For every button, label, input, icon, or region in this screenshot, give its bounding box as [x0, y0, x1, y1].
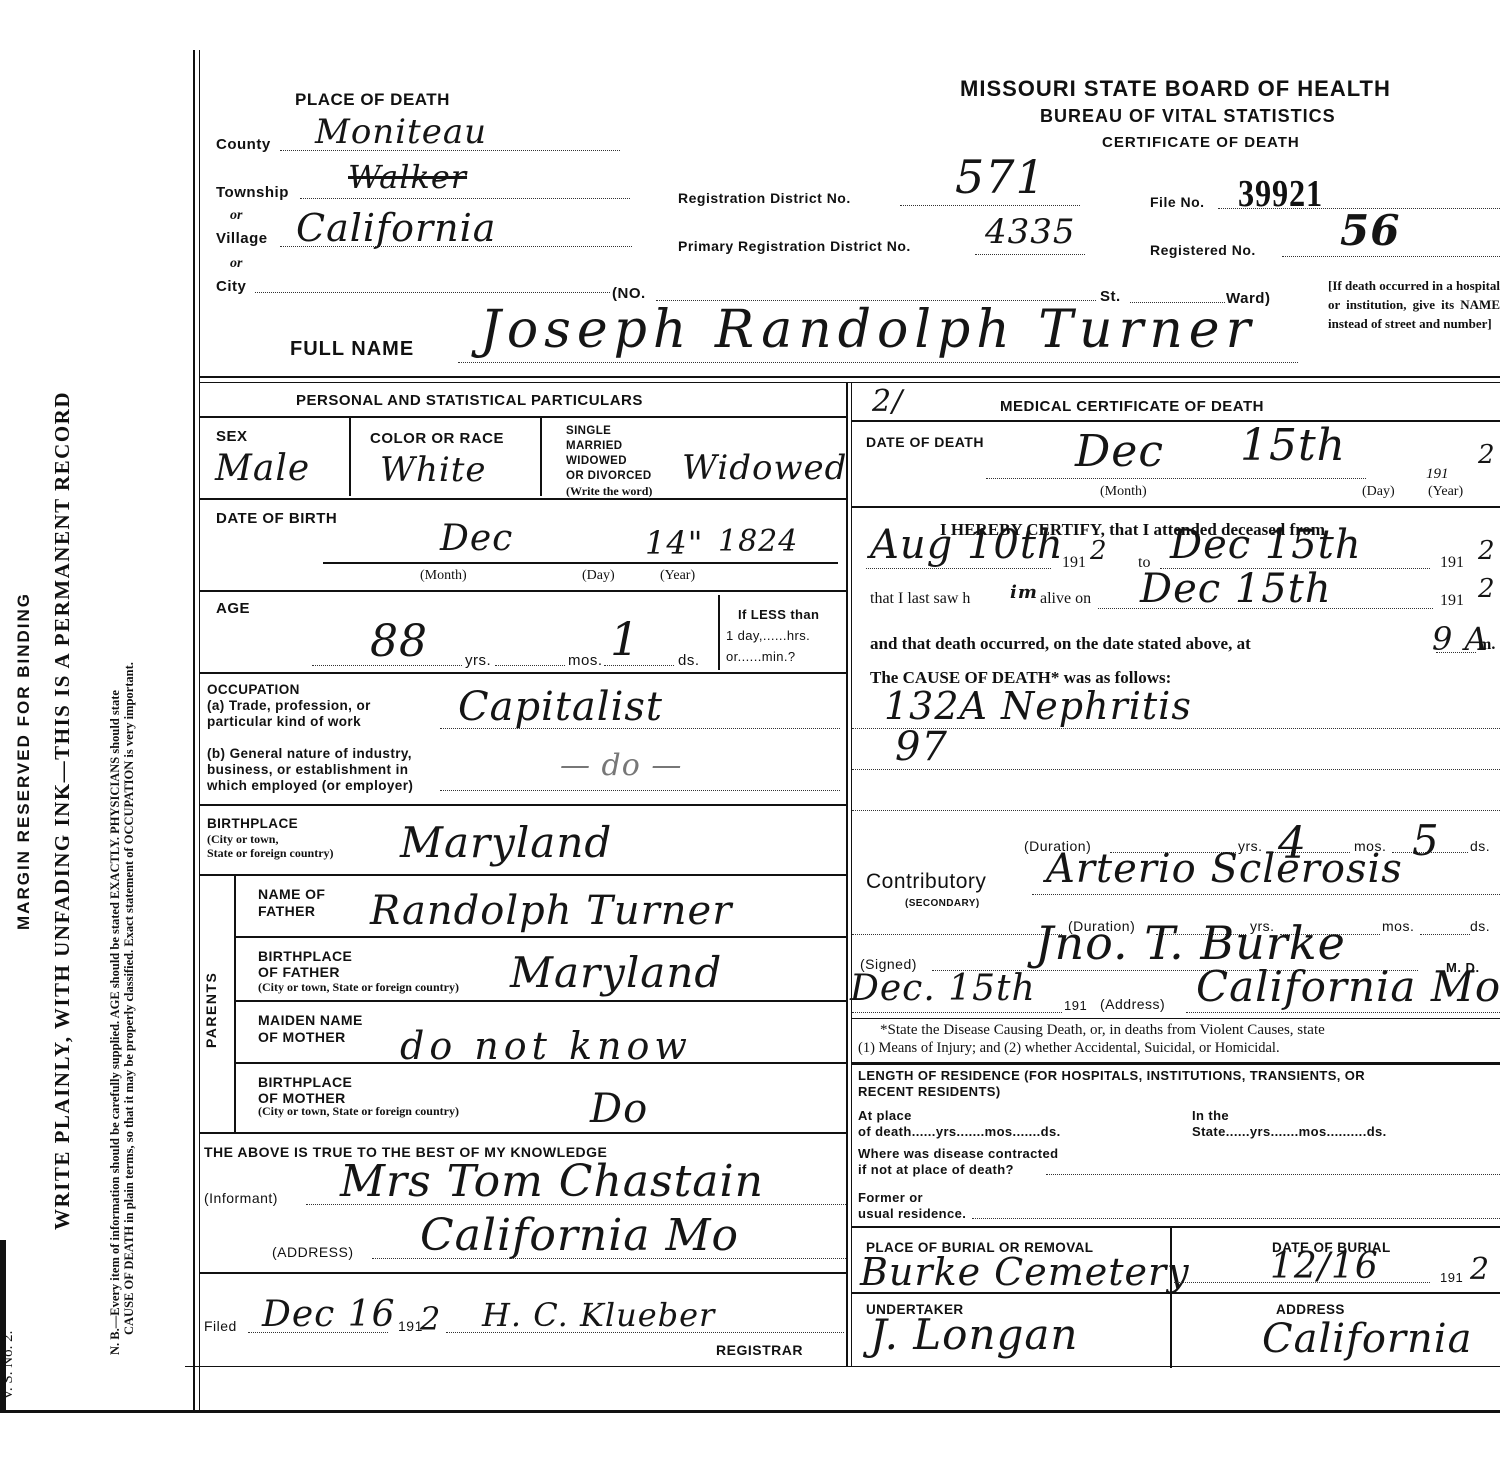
- file-no-value: 39921: [1238, 172, 1323, 216]
- row-divider-mother-bp: [234, 1062, 846, 1064]
- mother-bp-hint: (City or town, State or foreign country): [258, 1104, 459, 1119]
- sex-label: SEX: [216, 428, 248, 445]
- date-of-death-field[interactable]: [986, 478, 1366, 479]
- parents-side-label: PARENTS: [203, 972, 219, 1048]
- industry-field[interactable]: [440, 790, 840, 791]
- township-label: Township: [216, 184, 289, 201]
- attended-from-field[interactable]: [866, 568, 1051, 569]
- less-than-note: If LESS than 1 day,......hrs. or......mi…: [726, 604, 819, 667]
- mother-name-label: MAIDEN NAME OF MOTHER: [258, 1012, 363, 1046]
- undertaker-address-label: ADDRESS: [1276, 1302, 1345, 1317]
- duration2-days-field[interactable]: [1420, 934, 1470, 935]
- last-saw-year-prefix: 191: [1440, 592, 1464, 610]
- age-years-value: 88: [370, 616, 428, 667]
- filed-year-value: 2: [420, 1300, 441, 1338]
- full-name-label: FULL NAME: [290, 338, 414, 361]
- mother-bp-label: BIRTHPLACE OF MOTHER: [258, 1074, 352, 1106]
- binding-note: MARGIN RESERVED FOR BINDING: [14, 592, 34, 930]
- bureau-title: BUREAU OF VITAL STATISTICS: [1040, 106, 1336, 127]
- death-year: 2: [1478, 440, 1496, 470]
- row-divider-footnote: [852, 1018, 1500, 1019]
- attended-to-year: 2: [1478, 536, 1496, 566]
- registrar-label: REGISTRAR: [716, 1342, 803, 1358]
- contributory-value: Arterio Sclerosis: [1046, 846, 1403, 892]
- duration2-ds-unit: ds.: [1470, 918, 1490, 934]
- last-saw-year: 2: [1478, 574, 1496, 604]
- dob-day-caption: (Day): [582, 568, 615, 584]
- row-divider-parents: [200, 874, 846, 876]
- parents-side-divider: [234, 874, 236, 1132]
- industry-label-block: (b) General nature of industry, business…: [207, 746, 413, 794]
- registration-district-field[interactable]: [900, 205, 1080, 206]
- sex-value: Male: [215, 448, 310, 489]
- cause-line-3[interactable]: [852, 810, 1500, 811]
- birthplace-hint: (City or town, State or foreign country): [207, 832, 334, 860]
- marital-value: Widowed: [682, 448, 847, 488]
- informant-address-label: (ADDRESS): [272, 1244, 354, 1260]
- former-residence: Former or usual residence.: [858, 1190, 966, 1222]
- row-divider-undertaker: [852, 1292, 1500, 1294]
- duration2-mos-unit: mos.: [1382, 918, 1414, 934]
- attended-to-year-prefix: 191: [1440, 554, 1464, 572]
- informant-label: (Informant): [204, 1190, 278, 1206]
- birthplace-value: Maryland: [400, 818, 612, 867]
- dob-day: 14": [645, 524, 703, 562]
- disease-contracted-field[interactable]: [1046, 1174, 1500, 1175]
- registered-no-label: Registered No.: [1150, 242, 1256, 258]
- personal-heading: PERSONAL AND STATISTICAL PARTICULARS: [296, 392, 643, 409]
- attended-to-value: Dec 15th: [1170, 522, 1362, 568]
- medical-corner-mark: 2/: [872, 384, 903, 419]
- father-bp-hint: (City or town, State or foreign country): [258, 980, 459, 995]
- physician-address-value: California Mo: [1196, 962, 1500, 1011]
- physician-address-label: (Address): [1100, 996, 1165, 1012]
- burial-year-prefix: 191: [1440, 1270, 1463, 1285]
- village-value: California: [296, 206, 496, 250]
- filed-date-value: Dec 16: [262, 1294, 396, 1335]
- city-label: City: [216, 278, 246, 295]
- contributory-field[interactable]: [1032, 894, 1500, 895]
- age-label: AGE: [216, 600, 250, 617]
- county-label: County: [216, 136, 271, 153]
- dob-year: 1824: [718, 524, 798, 559]
- registration-district-label: Registration District No.: [678, 190, 851, 206]
- cause-line-1[interactable]: [852, 728, 1500, 729]
- in-the-state: In the State......yrs.......mos.........…: [1124, 1108, 1387, 1140]
- sex-race-divider: [349, 418, 351, 496]
- signed-date-field[interactable]: [852, 1012, 1062, 1013]
- primary-district-field[interactable]: [975, 254, 1085, 255]
- attended-from-year: 2: [1090, 536, 1108, 566]
- primary-district-label: Primary Registration District No.: [678, 238, 911, 254]
- burial-place-value: Burke Cemetery: [860, 1250, 1190, 1294]
- attended-from-year-prefix: 191: [1062, 554, 1086, 572]
- registered-no-field[interactable]: [1282, 256, 1500, 257]
- race-value: White: [380, 450, 487, 490]
- age-days-value: 1: [610, 612, 640, 666]
- death-time-text: and that death occurred, on the date sta…: [870, 634, 1251, 654]
- cause-code: 97: [895, 724, 948, 770]
- medical-heading: MEDICAL CERTIFICATE OF DEATH: [1000, 398, 1264, 415]
- signed-year-prefix: 191: [1064, 998, 1087, 1013]
- place-of-death-heading: PLACE OF DEATH: [295, 90, 450, 110]
- date-of-death-label: DATE OF DEATH: [866, 434, 984, 450]
- certificate-title: CERTIFICATE OF DEATH: [1102, 134, 1300, 151]
- race-marital-divider: [540, 418, 542, 496]
- personal-heading-line: [200, 416, 846, 418]
- attended-from-value: Aug 10th: [870, 522, 1064, 568]
- contributory-label: Contributory: [866, 870, 986, 894]
- township-value: Walker: [348, 158, 467, 196]
- burial-year: 2: [1470, 1252, 1490, 1287]
- disease-contracted: Where was disease contracted if not at p…: [858, 1146, 1059, 1178]
- dob-field[interactable]: [323, 562, 838, 564]
- death-time-suffix: m.: [1478, 636, 1495, 654]
- less-than-divider: [718, 595, 720, 670]
- row-divider-filed: [200, 1272, 846, 1274]
- undertaker-address-value: California: [1262, 1316, 1472, 1362]
- dob-month-caption: (Month): [420, 568, 467, 584]
- village-label: Village: [216, 230, 268, 247]
- row-divider-dob: [200, 498, 846, 500]
- signed-date-value: Dec. 15th: [850, 968, 1036, 1009]
- burial-date-value: 12/16: [1270, 1246, 1379, 1287]
- row-divider-burial: [852, 1226, 1500, 1228]
- mother-bp-value: Do: [590, 1086, 648, 1132]
- form-number: V. S. No. 2.: [0, 1331, 17, 1400]
- duration-ds-unit: ds.: [1470, 838, 1490, 854]
- death-day-caption: (Day): [1362, 484, 1395, 500]
- father-bp-value: Maryland: [510, 948, 722, 997]
- form-bottom-border: [0, 1410, 1500, 1413]
- registered-no-value: 56: [1340, 206, 1400, 255]
- death-year-prefix: 191: [1426, 466, 1449, 483]
- marital-hint: (Write the word): [566, 484, 652, 499]
- duration-days-value: 5: [1412, 816, 1440, 865]
- age-mos-unit: mos.: [568, 652, 603, 669]
- former-residence-field[interactable]: [972, 1218, 1500, 1219]
- duration2-field[interactable]: [852, 934, 1062, 935]
- full-name-value: Joseph Randolph Turner: [480, 300, 1256, 360]
- registrar-signature: H. C. Klueber: [482, 1296, 715, 1334]
- race-label: COLOR OR RACE: [370, 430, 504, 447]
- center-divider-2: [851, 382, 852, 1367]
- birthplace-label: BIRTHPLACE: [207, 816, 298, 831]
- last-saw-value: Dec 15th: [1140, 566, 1332, 612]
- footnote-line-2: (1) Means of Injury; and (2) whether Acc…: [858, 1040, 1280, 1057]
- county-value: Moniteau: [315, 112, 487, 152]
- row-divider-occupation: [200, 672, 846, 674]
- death-year-caption: (Year): [1428, 484, 1463, 500]
- row-divider-informant: [200, 1132, 846, 1134]
- center-divider: [846, 382, 848, 1367]
- row-divider-father-bp: [234, 936, 846, 938]
- residence-heading: LENGTH OF RESIDENCE (FOR HOSPITALS, INST…: [858, 1068, 1365, 1100]
- father-name-label: NAME OF FATHER: [258, 886, 325, 920]
- dob-month: Dec: [440, 518, 513, 559]
- form-left-border-inner: [199, 50, 200, 1410]
- death-month: Dec: [1075, 426, 1164, 477]
- left-margin: MARGIN RESERVED FOR BINDING WRITE PLAINL…: [0, 0, 190, 1459]
- form-bottom-border-inner: [185, 1366, 1500, 1367]
- last-saw-suffix: alive on: [1040, 590, 1091, 608]
- row-divider-residence: [852, 1062, 1500, 1065]
- death-day: 15th: [1240, 420, 1346, 471]
- row-divider-mother: [234, 1000, 846, 1002]
- hospital-note: [If death occurred in a hospital or inst…: [1328, 276, 1500, 333]
- registration-district-value: 571: [955, 150, 1046, 204]
- father-bp-label: BIRTHPLACE OF FATHER: [258, 948, 352, 980]
- primary-district-value: 4335: [985, 212, 1076, 252]
- footnote-line-1: *State the Disease Causing Death, or, in…: [880, 1022, 1325, 1039]
- informant-address-value: California Mo: [420, 1210, 739, 1261]
- file-no-label: File No.: [1150, 194, 1205, 210]
- filed-label: Filed: [204, 1318, 237, 1334]
- township-field[interactable]: [300, 198, 630, 199]
- informant-value: Mrs Tom Chastain: [340, 1156, 764, 1207]
- age-months-field[interactable]: [495, 665, 565, 666]
- row-divider-age: [200, 590, 846, 592]
- dob-label: DATE OF BIRTH: [216, 510, 337, 527]
- secondary-label: (SECONDARY): [905, 896, 980, 911]
- father-name-value: Randolph Turner: [370, 888, 732, 934]
- occupation-value: Capitalist: [458, 684, 663, 730]
- last-saw-pronoun: im: [1010, 582, 1038, 603]
- burial-divider: [1170, 1228, 1172, 1368]
- or-label-1: or: [230, 208, 242, 224]
- or-label-2: or: [230, 256, 242, 272]
- dob-year-caption: (Year): [660, 568, 695, 584]
- divider-top-sections: [200, 376, 1500, 378]
- industry-value: — do —: [560, 748, 682, 783]
- undertaker-value: J. Longan: [870, 1310, 1078, 1359]
- physician-address-field[interactable]: [1186, 1012, 1500, 1013]
- divider-top-sections-2: [200, 382, 1500, 383]
- medical-heading-line: [852, 420, 1500, 422]
- at-place-of-death: At place of death......yrs.......mos....…: [858, 1108, 1061, 1140]
- permanent-record-note: WRITE PLAINLY, WITH UNFADING INK—THIS IS…: [50, 391, 75, 1230]
- marital-options: SINGLE MARRIED WIDOWED OR DIVORCED: [566, 424, 652, 484]
- full-name-field[interactable]: [458, 362, 1298, 363]
- age-ds-unit: ds.: [678, 652, 700, 669]
- city-field[interactable]: [255, 292, 610, 293]
- form-left-border: [193, 50, 195, 1410]
- last-saw-prefix: that I last saw h: [870, 590, 970, 608]
- cause-line-2[interactable]: [852, 769, 1500, 770]
- age-yrs-unit: yrs.: [465, 652, 491, 669]
- occupation-label-block: OCCUPATION (a) Trade, profession, or par…: [207, 682, 371, 730]
- death-month-caption: (Month): [1100, 484, 1147, 500]
- row-divider-birthplace: [200, 804, 846, 806]
- board-title: MISSOURI STATE BOARD OF HEALTH: [960, 76, 1391, 102]
- cause-value: 132A Nephritis: [884, 684, 1192, 728]
- row-divider-certify: [852, 506, 1500, 508]
- nb-instructions: N. B.—Every item of information should b…: [108, 662, 136, 1355]
